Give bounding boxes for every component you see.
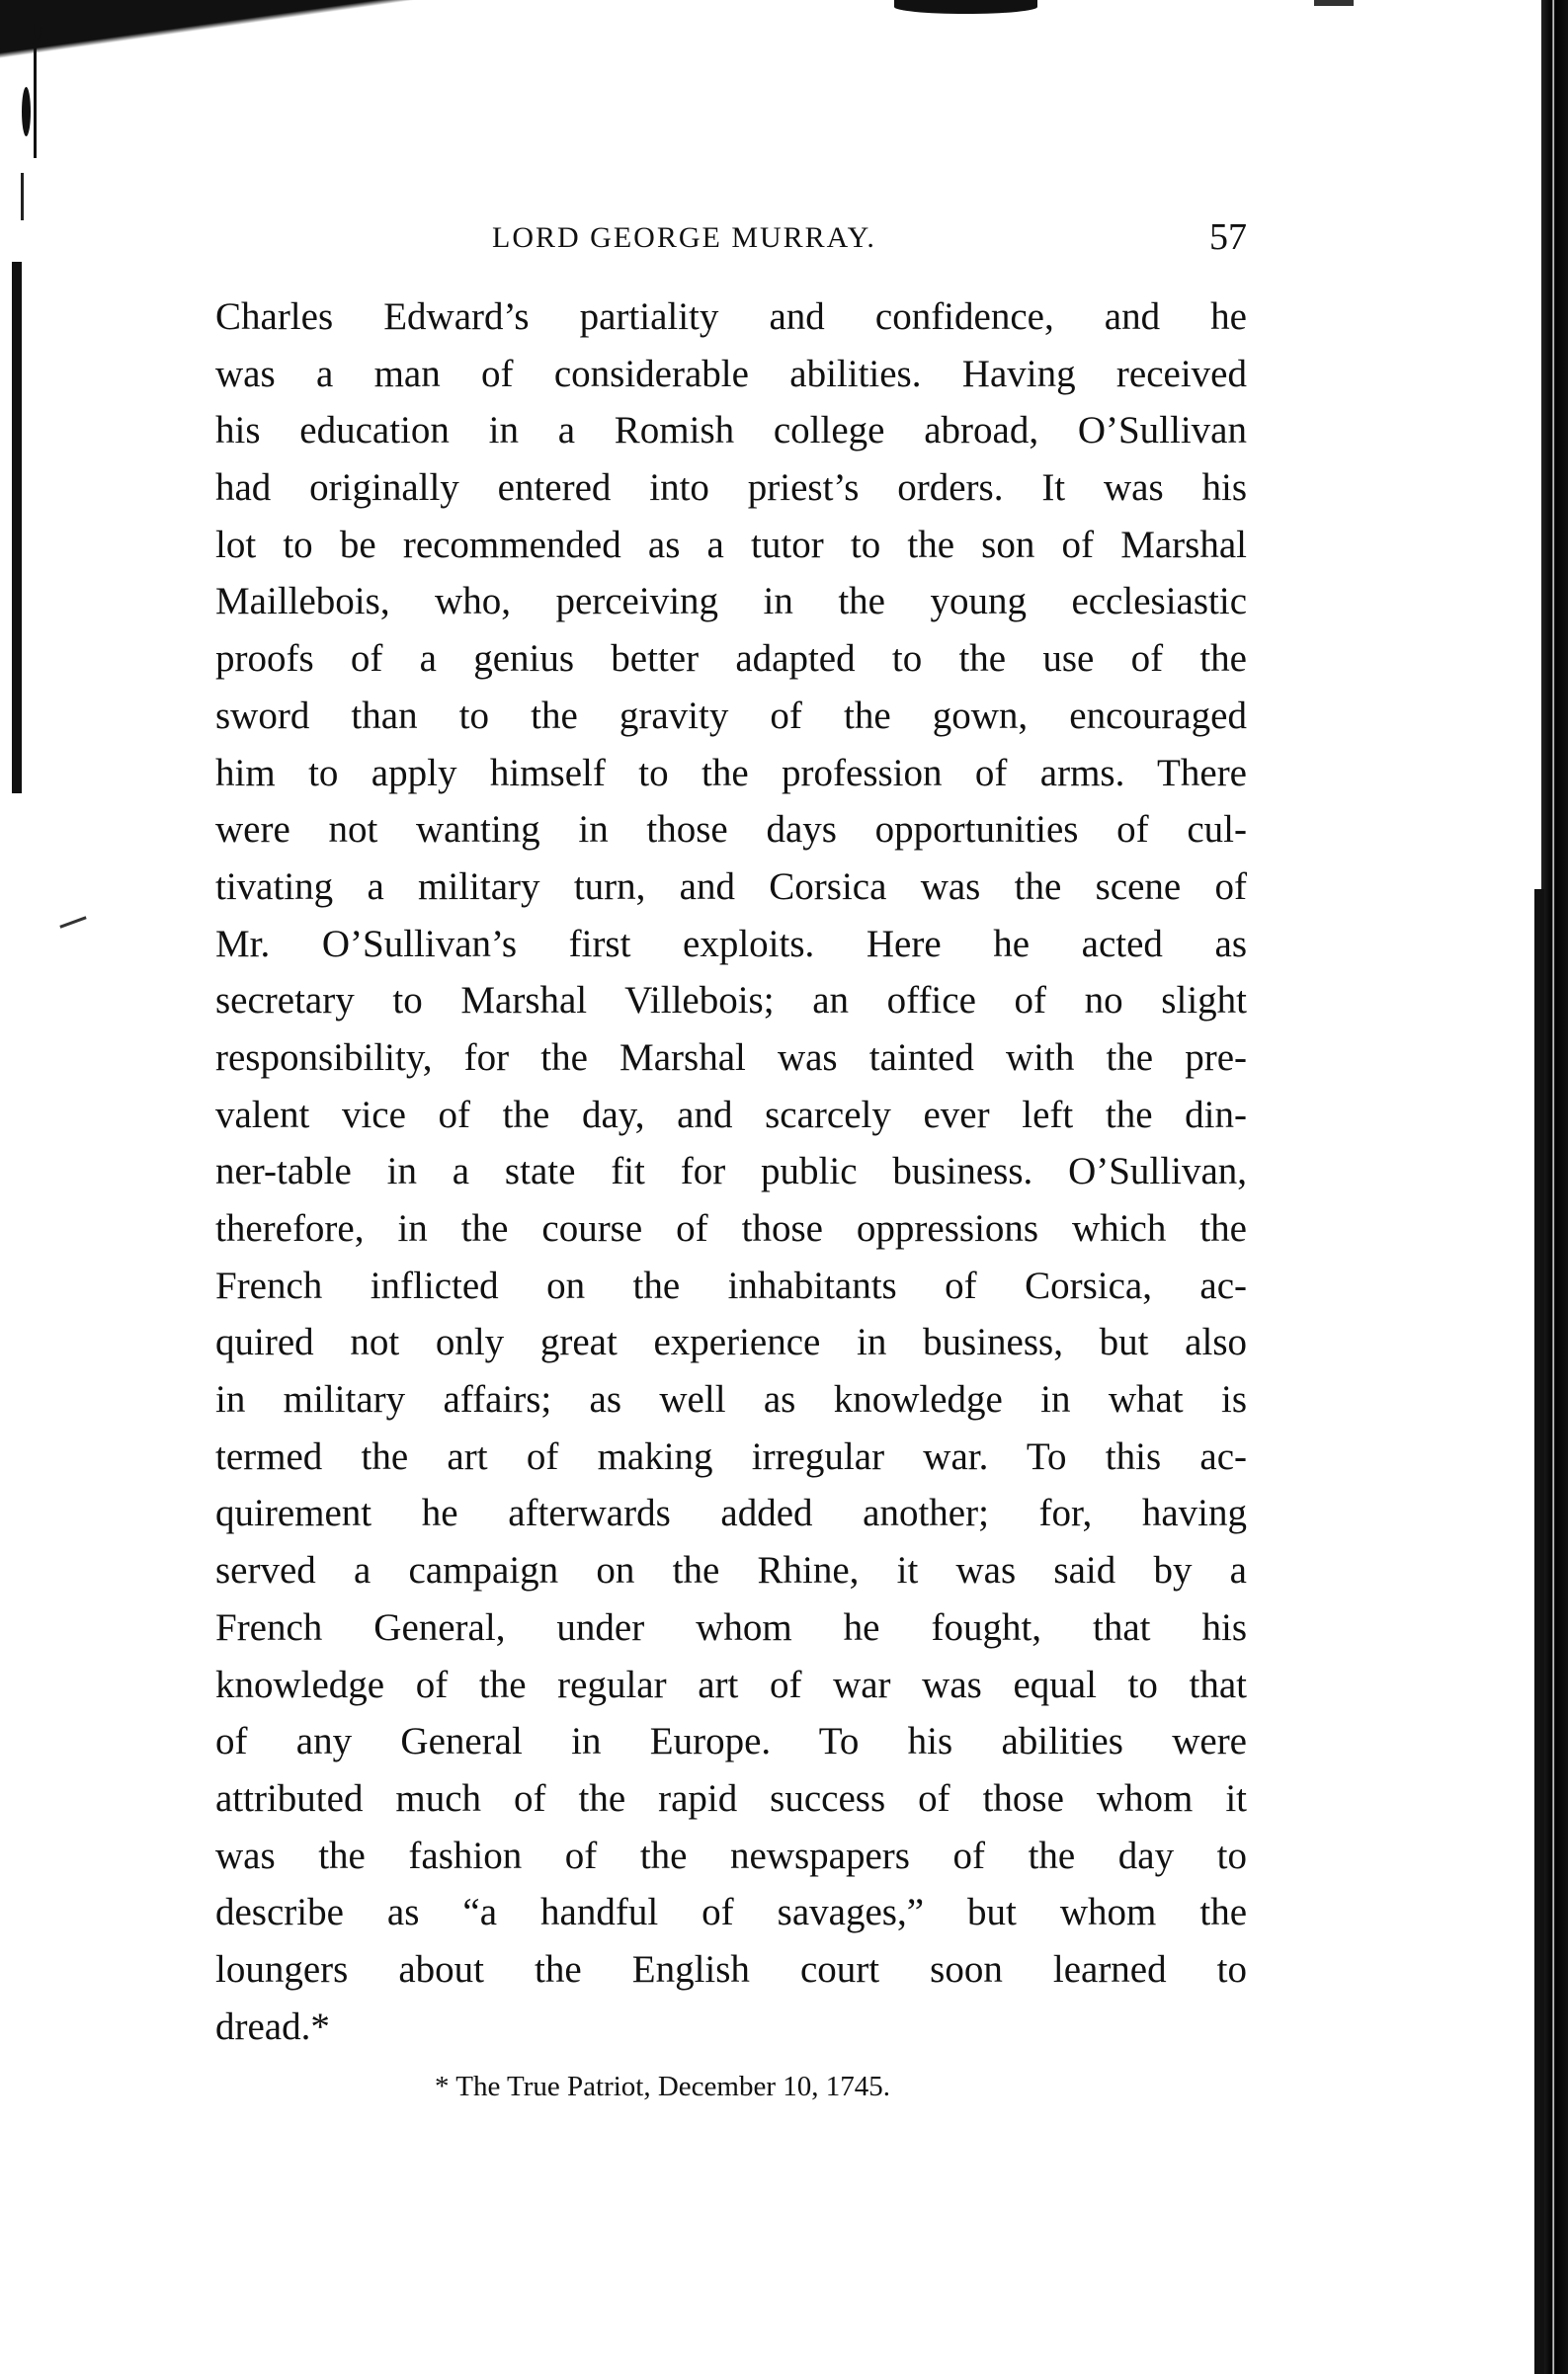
text-line: had originally entered into priest’s ord… — [215, 459, 1247, 517]
text-line: Mr. O’Sullivan’s first exploits. Here he… — [215, 916, 1247, 973]
text-line: quired not only great experience in busi… — [215, 1314, 1247, 1371]
scan-mark-left-2 — [21, 173, 24, 220]
text-line: ner-table in a state fit for public busi… — [215, 1143, 1247, 1200]
text-line: termed the art of making irregular war. … — [215, 1429, 1247, 1486]
text-line: valent vice of the day, and scarcely eve… — [215, 1087, 1247, 1144]
scan-shadow-top-right — [1314, 0, 1354, 6]
text-line: loungers about the English court soon le… — [215, 1941, 1247, 1999]
scan-shadow-top-center — [894, 0, 1037, 14]
text-line: French inflicted on the inhabitants of C… — [215, 1258, 1247, 1315]
body-text: Charles Edward’s partiality and confiden… — [215, 288, 1247, 2055]
text-line: served a campaign on the Rhine, it was s… — [215, 1542, 1247, 1599]
text-line-last: dread.* — [215, 1999, 1247, 2056]
running-head: LORD GEORGE MURRAY. 57 — [215, 215, 1247, 265]
text-line: was a man of considerable abilities. Hav… — [215, 346, 1247, 403]
text-line: was the fashion of the newspapers of the… — [215, 1828, 1247, 1885]
text-line: French General, under whom he fought, th… — [215, 1599, 1247, 1657]
scan-edge-left-top — [34, 40, 37, 158]
pencil-mark — [59, 916, 86, 928]
page-edge-right-shadow — [1534, 889, 1544, 2374]
text-line: describe as “a handful of savages,” but … — [215, 1884, 1247, 1941]
scan-edge-left — [12, 262, 22, 793]
scan-shadow-top-left — [0, 0, 553, 61]
text-line: were not wanting in those days opportuni… — [215, 801, 1247, 859]
text-line: proofs of a genius better adapted to the… — [215, 630, 1247, 688]
text-line: secretary to Marshal Villebois; an offic… — [215, 972, 1247, 1029]
text-line: tivating a military turn, and Corsica wa… — [215, 859, 1247, 916]
text-line: sword than to the gravity of the gown, e… — [215, 688, 1247, 745]
text-line: him to apply himself to the profession o… — [215, 745, 1247, 802]
scan-mark-left-1 — [22, 87, 31, 136]
text-line: knowledge of the regular art of war was … — [215, 1657, 1247, 1714]
running-title: LORD GEORGE MURRAY. — [492, 221, 876, 255]
text-line: Charles Edward’s partiality and confiden… — [215, 288, 1247, 346]
footnote: * The True Patriot, December 10, 1745. — [435, 2071, 890, 2103]
page-edge-right — [1541, 0, 1568, 2374]
scan-mark-left — [34, 10, 41, 40]
page-number: 57 — [1209, 215, 1247, 259]
text-line: lot to be recommended as a tutor to the … — [215, 517, 1247, 574]
text-line: attributed much of the rapid success of … — [215, 1770, 1247, 1828]
text-line: his education in a Romish college abroad… — [215, 402, 1247, 459]
book-page: LORD GEORGE MURRAY. 57 Charles Edward’s … — [0, 0, 1568, 2374]
text-line: therefore, in the course of those oppres… — [215, 1200, 1247, 1258]
text-line: quirement he afterwards added another; f… — [215, 1485, 1247, 1542]
text-line: of any General in Europe. To his abiliti… — [215, 1713, 1247, 1770]
text-line: in military affairs; as well as knowledg… — [215, 1371, 1247, 1429]
text-line: responsibility, for the Marshal was tain… — [215, 1029, 1247, 1087]
text-line: Maillebois, who, perceiving in the young… — [215, 573, 1247, 630]
